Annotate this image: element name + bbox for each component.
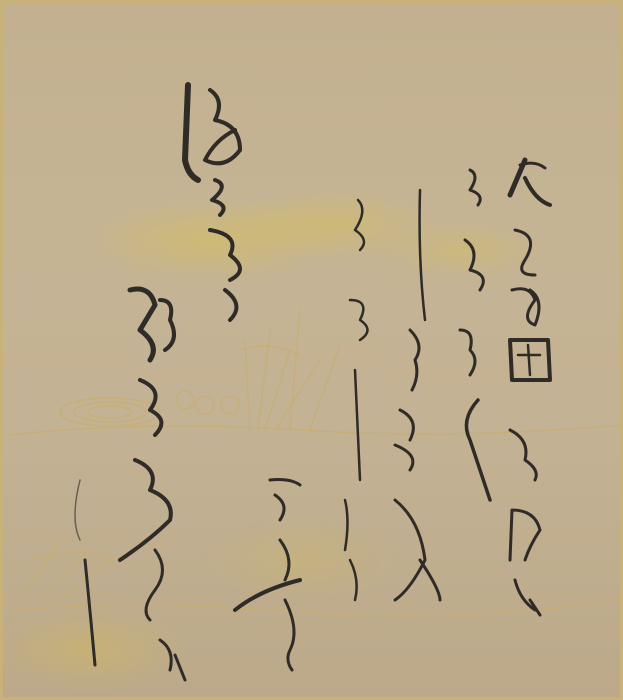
calligraphy-ink	[0, 0, 623, 700]
calligraphy-artwork: 尾張の國 熱田に … 海 …	[0, 0, 623, 700]
